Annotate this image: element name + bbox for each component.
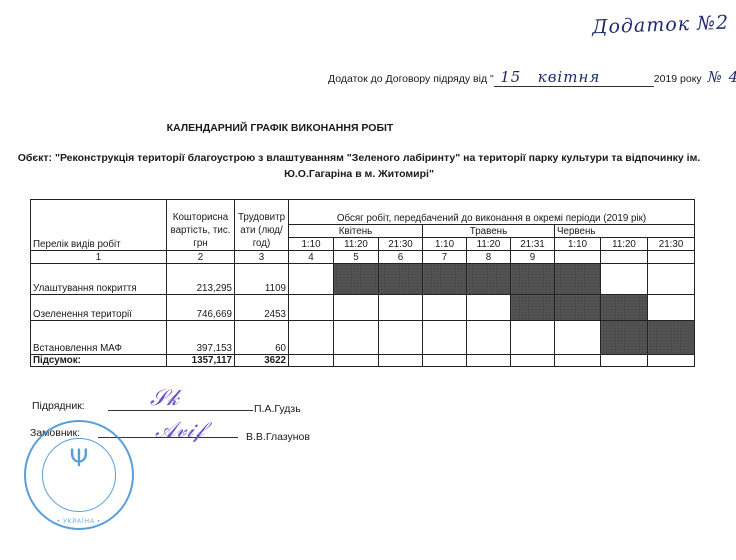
period-header: 21:30 xyxy=(379,238,423,251)
gantt-cell-active xyxy=(379,264,423,295)
gantt-cell-active xyxy=(467,264,511,295)
table-row: Встановлення МАФ397,15360 xyxy=(31,321,695,355)
customer-signature: 𝒜𝓋𝒾𝒻 xyxy=(155,418,204,443)
work-cost: 746,669 xyxy=(167,295,235,321)
gantt-cell xyxy=(289,264,334,295)
contractor-name: П.А.Гудзь xyxy=(254,403,301,415)
column-number: 6 xyxy=(379,251,423,264)
period-header: 21:30 xyxy=(648,238,695,251)
column-number-row: 123456789 xyxy=(31,251,695,264)
month-header: Квітень xyxy=(289,225,423,238)
table-row: Озеленення території746,6692453 xyxy=(31,295,695,321)
table-row: Улаштування покриття213,2951109 xyxy=(31,264,695,295)
gantt-cell-active xyxy=(511,295,555,321)
month-header: Травень xyxy=(423,225,555,238)
total-row: Підсумок: 1357,117 3622 xyxy=(31,355,695,367)
gantt-cell xyxy=(289,295,334,321)
work-name: Встановлення МАФ xyxy=(31,321,167,355)
period-header: 1:10 xyxy=(555,238,601,251)
contractor-label: Підрядник: xyxy=(32,400,85,412)
gantt-cell xyxy=(467,321,511,355)
gantt-cell xyxy=(555,321,601,355)
contract-day-field: 15 xyxy=(494,68,528,87)
work-name: Озеленення території xyxy=(31,295,167,321)
document-title: КАЛЕНДАРНИЙ ГРАФІК ВИКОНАННЯ РОБІТ xyxy=(0,122,560,134)
work-name: Улаштування покриття xyxy=(31,264,167,295)
gantt-cell xyxy=(423,295,467,321)
period-header: 1:10 xyxy=(423,238,467,251)
column-number: 7 xyxy=(423,251,467,264)
contract-reference-line: Додаток до Договору підряду від "15квітн… xyxy=(328,68,736,87)
trident-emblem-icon: Ψ xyxy=(26,444,132,472)
customer-name: В.В.Глазунов xyxy=(246,431,310,443)
contractor-signature-line xyxy=(108,410,253,411)
gantt-cell-active xyxy=(648,321,695,355)
work-cost: 397,153 xyxy=(167,321,235,355)
gantt-cell-active xyxy=(511,264,555,295)
period-header: 1:10 xyxy=(289,238,334,251)
column-number xyxy=(601,251,648,264)
gantt-cell xyxy=(648,295,695,321)
column-number: 9 xyxy=(511,251,555,264)
gantt-cell xyxy=(334,295,379,321)
gantt-cell xyxy=(467,295,511,321)
period-header: 11:20 xyxy=(601,238,648,251)
contract-month: квітня xyxy=(538,68,601,86)
header-volume: Обсяг робіт, передбачений до виконання в… xyxy=(289,200,695,225)
gantt-cell-active xyxy=(423,264,467,295)
total-labor: 3622 xyxy=(235,355,289,367)
contract-day: 15 xyxy=(500,68,521,86)
gantt-cell-active xyxy=(601,295,648,321)
total-label: Підсумок: xyxy=(31,355,167,367)
column-number xyxy=(648,251,695,264)
gantt-cell-active xyxy=(555,264,601,295)
total-cost: 1357,117 xyxy=(167,355,235,367)
gantt-cell xyxy=(334,321,379,355)
column-number: 8 xyxy=(467,251,511,264)
gantt-cell xyxy=(648,264,695,295)
contract-year: 2019 року xyxy=(654,73,702,85)
gantt-cell xyxy=(601,264,648,295)
contractor-signature: 𝒮𝓀 xyxy=(150,386,179,411)
work-labor: 1109 xyxy=(235,264,289,295)
header-work-list: Перелік видів робіт xyxy=(31,200,167,251)
work-labor: 2453 xyxy=(235,295,289,321)
work-cost: 213,295 xyxy=(167,264,235,295)
gantt-cell xyxy=(511,321,555,355)
column-number xyxy=(555,251,601,264)
column-number: 1 xyxy=(31,251,167,264)
gantt-cell-active xyxy=(601,321,648,355)
month-header: Червень xyxy=(555,225,695,238)
appendix-number-handwritten: Додаток №2 xyxy=(592,12,730,39)
contract-month-field: квітня xyxy=(528,68,654,87)
gantt-cell xyxy=(379,321,423,355)
gantt-cell xyxy=(289,321,334,355)
header-cost: Кошторисна вартість, тис. грн xyxy=(167,200,235,251)
column-number: 3 xyxy=(235,251,289,264)
contract-number: № 43 xyxy=(708,68,736,86)
column-number: 2 xyxy=(167,251,235,264)
official-stamp: Ψ • УКРАЇНА • xyxy=(24,420,134,530)
gantt-cell xyxy=(379,295,423,321)
schedule-table: Перелік видів робіт Кошторисна вартість,… xyxy=(30,199,695,367)
period-header: 11:20 xyxy=(334,238,379,251)
column-number: 5 xyxy=(334,251,379,264)
contract-prefix: Додаток до Договору підряду від " xyxy=(328,73,494,85)
stamp-text: • УКРАЇНА • xyxy=(26,519,132,525)
gantt-cell-active xyxy=(555,295,601,321)
column-number: 4 xyxy=(289,251,334,264)
gantt-cell xyxy=(423,321,467,355)
object-description: Обєкт: "Реконструкція території благоуст… xyxy=(14,150,704,182)
gantt-cell-active xyxy=(334,264,379,295)
period-header: 21:31 xyxy=(511,238,555,251)
period-header: 11:20 xyxy=(467,238,511,251)
header-labor: Трудовитр ати (люд/год) xyxy=(235,200,289,251)
work-labor: 60 xyxy=(235,321,289,355)
